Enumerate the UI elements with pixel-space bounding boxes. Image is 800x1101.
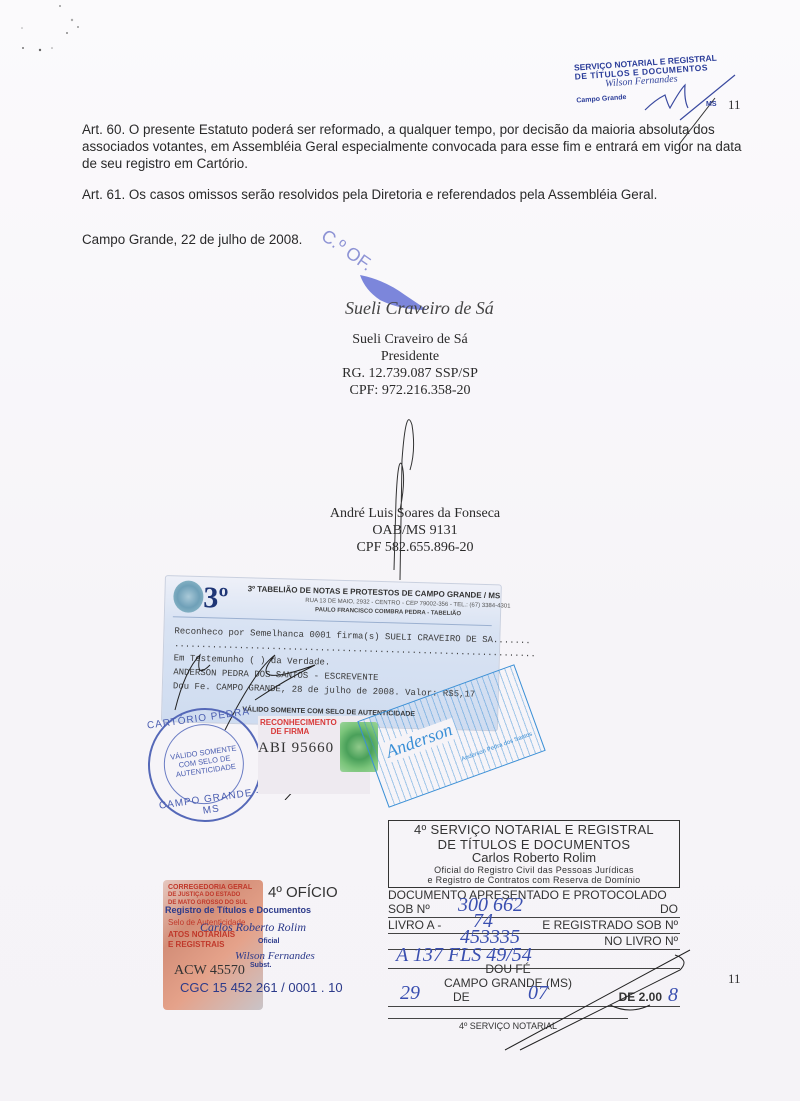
registry-officer: Carlos Roberto Rolim [389, 851, 679, 865]
signature-andre [380, 400, 440, 590]
registry-line-4: Oficial do Registro Civil das Pessoas Ju… [389, 865, 679, 875]
registry-line-1: 4º SERVIÇO NOTARIAL E REGISTRAL [389, 823, 679, 836]
seal-line: CORREGEDORIA GERAL [168, 884, 252, 891]
recognition-label: RECONHECIMENTO DE FIRMA [260, 718, 320, 736]
signatory-oab: OAB/MS 9131 [300, 522, 530, 539]
notary-number: 3º [203, 581, 229, 616]
registry-form-livro: LIVRO A - 74 E REGISTRADO SOB Nº [388, 918, 680, 934]
signatory-name: André Luis Soares da Fonseca [300, 505, 530, 522]
date-day: 29 [400, 982, 420, 1005]
article-61: Art. 61. Os casos omissos serão resolvid… [82, 186, 752, 203]
divider [173, 616, 492, 626]
escrevente-name: Anderson Pedra dos Santos [461, 731, 534, 762]
recognition-label-1: RECONHECIMENTO [260, 718, 320, 727]
page-number-top: 11 [728, 97, 741, 113]
registry-signature [500, 945, 700, 1055]
recognition-code: ABI 95660 [258, 740, 334, 757]
signatory-sueli: Sueli Craveiro de Sá Presidente RG. 12.7… [320, 331, 500, 399]
seal-line: DE JUSTIÇA DO ESTADO [168, 892, 240, 898]
notary-tabeliao: PAULO FRANCISCO COIMBRA PEDRA - TABELIÃO [315, 607, 461, 617]
signatory-name: Sueli Craveiro de Sá [320, 331, 500, 348]
scan-noise [0, 0, 120, 80]
signatory-rg: RG. 12.739.087 SSP/SP [320, 365, 500, 382]
document-page: SERVIÇO NOTARIAL E REGISTRAL DE TÍTULOS … [0, 0, 800, 1101]
registro-label: Registro de Títulos e Documentos [165, 905, 311, 915]
notary-title: 3º TABELIÃO DE NOTAS E PROTESTOS DE CAMP… [248, 584, 501, 600]
registry-header-box: 4º SERVIÇO NOTARIAL E REGISTRAL DE TÍTUL… [388, 820, 680, 888]
oficio-label: 4º OFÍCIO [268, 884, 338, 901]
article-60: Art. 60. O presente Estatuto poderá ser … [82, 121, 752, 172]
signatory-cpf: CPF 582.655.896-20 [300, 539, 530, 556]
registrado-label: E REGISTRADO SOB Nº [542, 918, 678, 932]
signatory-role: Presidente [320, 348, 500, 365]
registry-form-line-1: DOCUMENTO APRESENTADO E PROTOCOLADO [388, 888, 680, 902]
cgc-number: CGC 15 452 261 / 0001 . 10 [180, 980, 343, 995]
signatory-cpf: CPF: 972.216.358-20 [320, 382, 500, 399]
seal-code: ACW 45570 [174, 963, 245, 979]
oficial-signature: Carlos Roberto Rolim [200, 920, 306, 935]
recognition-label-2: DE FIRMA [260, 727, 320, 736]
subst-role: Subst. [250, 962, 271, 969]
seal-line: E REGISTRAIS [168, 940, 224, 949]
oficial-role: Oficial [258, 938, 279, 945]
page-number-bottom: 11 [728, 971, 741, 987]
notary-logo-icon [173, 580, 204, 613]
livro-label: LIVRO A - [388, 918, 441, 932]
signatory-andre: André Luis Soares da Fonseca OAB/MS 9131… [300, 505, 530, 556]
registry-form-sob: SOB Nº 300 662 DO [388, 902, 680, 918]
date-de-label: DE [453, 990, 470, 1004]
signature-sueli: Sueli Craveiro de Sá [345, 298, 494, 319]
subst-signature: Wilson Fernandes [235, 950, 315, 962]
do-label: DO [660, 902, 678, 916]
stamp-state: MS [706, 101, 717, 108]
sob-label: SOB Nº [388, 902, 430, 916]
escrevente-signature: Anderson [379, 718, 459, 764]
registry-line-5: e Registro de Contratos com Reserva de D… [389, 875, 679, 885]
